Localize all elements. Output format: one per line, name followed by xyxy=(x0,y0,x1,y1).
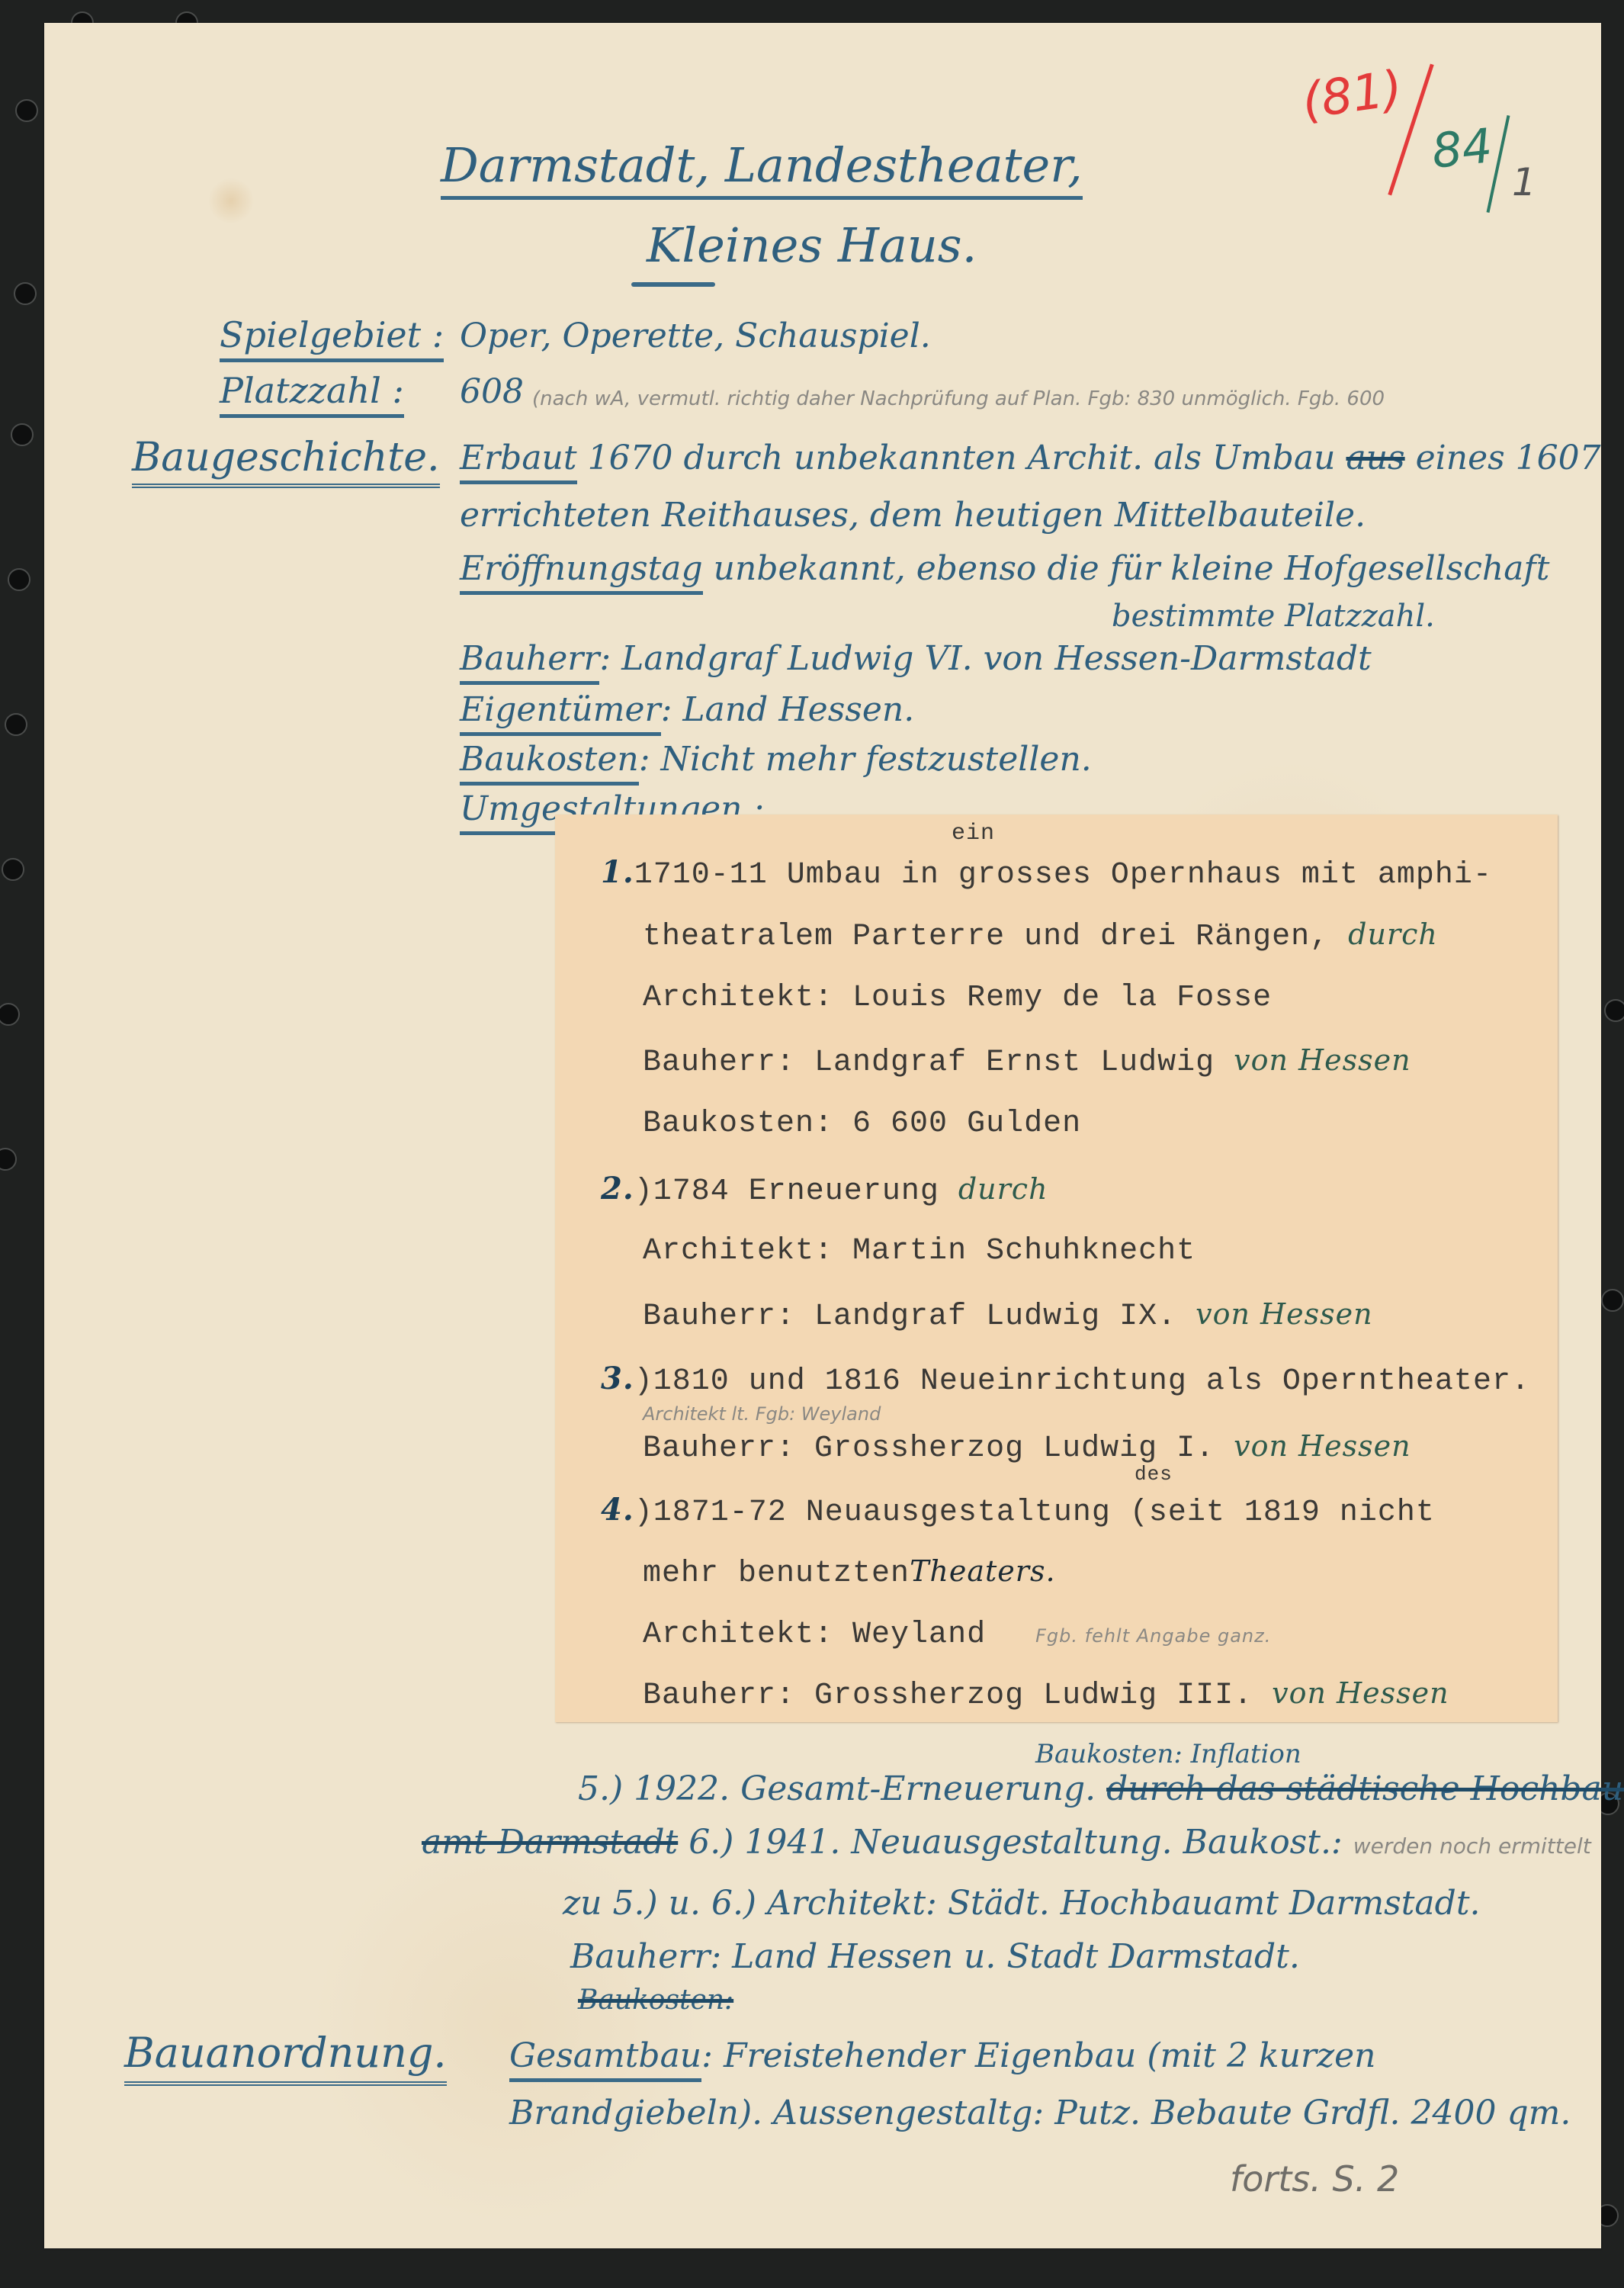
eigentuemer-label: Eigentümer xyxy=(460,690,661,736)
baukosten-line: Baukosten: Nicht mehr festzustellen. xyxy=(460,740,1092,779)
slip-item-1-line1: 1.1710-11 Umbau in grosses Opernhaus mit… xyxy=(601,854,1492,892)
punch-hole xyxy=(5,713,27,736)
struck-text: amt Darmstadt xyxy=(422,1823,678,1862)
spielgebiet-value: Oper, Operette, Schauspiel. xyxy=(460,317,931,355)
item6-line: amt Darmstadt 6.) 1941. Neuausgestaltung… xyxy=(422,1823,1591,1862)
punch-hole xyxy=(2,858,24,881)
slip-item-1-insert: ein xyxy=(952,821,995,847)
spielgebiet-label: Spielgebiet : xyxy=(220,314,444,355)
punch-hole xyxy=(0,1003,20,1026)
item5-line: 5.) 1922. Gesamt-Erneuerung. durch das s… xyxy=(578,1769,1624,1808)
platzzahl-label: Platzzahl : xyxy=(220,370,404,411)
gesamtbau-line: Gesamtbau: Freistehender Eigenbau (mit 2… xyxy=(509,2036,1376,2075)
struck-text: durch das städtische Hochbau- xyxy=(1106,1769,1624,1808)
slip-item-4-insert: des xyxy=(1135,1463,1173,1486)
bauanordnung-line2: Brandgiebeln). Aussengestaltg: Putz. Beb… xyxy=(509,2094,1571,2132)
eroeffnung-label: Eröffnungstag xyxy=(460,549,703,595)
architekt-line: zu 5.) u. 6.) Architekt: Städt. Hochbaua… xyxy=(563,1884,1481,1923)
punch-hole xyxy=(14,282,37,305)
item6-pencil-note: werden noch ermittelt xyxy=(1353,1833,1591,1859)
continuation-note: forts. S. 2 xyxy=(1230,2158,1399,2200)
slip-item-4-pencil-note: Fgb. fehlt Angabe ganz. xyxy=(1035,1625,1271,1647)
slip-item-4-line1: 4.)1871-72 Neuausgestaltung (seit 1819 n… xyxy=(601,1492,1435,1530)
erbaut-label: Erbaut xyxy=(460,439,577,484)
archive-number-green: 84 xyxy=(1429,117,1494,179)
bauherr-line: Bauherr: Landgraf Ludwig VI. von Hessen-… xyxy=(460,639,1372,678)
slip-item-2-line2: Architekt: Martin Schuhknecht xyxy=(643,1234,1196,1268)
struck-baukosten: Baukosten: xyxy=(578,1984,733,2016)
slip-item-2-line3: Bauherr: Landgraf Ludwig IX. von Hessen xyxy=(643,1297,1373,1334)
slip-item-1-line2: theatralem Parterre und drei Rängen, dur… xyxy=(643,917,1438,954)
erbaut-line: Erbaut 1670 durch unbekannten Archit. al… xyxy=(460,439,1601,477)
slip-item-1-line5: Baukosten: 6 600 Gulden xyxy=(643,1107,1081,1141)
slip-item-4-line4: Bauherr: Grossherzog Ludwig III. von Hes… xyxy=(643,1676,1449,1713)
item5-above-note: Baukosten: Inflation xyxy=(1035,1739,1301,1769)
platzzahl-pencil-note: (nach wA, vermutl. richtig daher Nachprü… xyxy=(532,387,1385,410)
baukosten-label: Baukosten xyxy=(460,740,639,786)
eigentuemer-line: Eigentümer: Land Hessen. xyxy=(460,690,914,729)
punch-hole xyxy=(1601,1289,1624,1312)
title-underline xyxy=(631,282,715,287)
punch-hole xyxy=(8,568,30,591)
archive-number-red: (81) xyxy=(1298,60,1405,130)
eroeffnung-line: Eröffnungstag unbekannt, ebenso die für … xyxy=(460,549,1549,588)
slip-item-4-line2: mehr benutztenTheaters. xyxy=(643,1554,1056,1591)
bauherr-line-2: Bauherr: Land Hessen u. Stadt Darmstadt. xyxy=(570,1937,1300,1976)
punch-hole xyxy=(1604,999,1624,1022)
archive-number-grey: 1 xyxy=(1512,160,1536,204)
slip-item-3-pencil-note: Architekt lt. Fgb: Weyland xyxy=(643,1403,881,1425)
erbaut-line2: errichteten Reithauses, dem heutigen Mit… xyxy=(460,496,1366,535)
typewritten-slip: 1.1710-11 Umbau in grosses Opernhaus mit… xyxy=(555,815,1558,1722)
struck-word: aus xyxy=(1346,439,1404,477)
punch-hole xyxy=(0,1148,17,1171)
document-title-line2: Kleines Haus. xyxy=(647,217,977,273)
slip-item-4-line3: Architekt: Weyland Fgb. fehlt Angabe gan… xyxy=(643,1618,1271,1652)
bauanordnung-label: Bauanordnung. xyxy=(124,2029,447,2086)
slip-item-3-line2: Bauherr: Grossherzog Ludwig I. von Hesse… xyxy=(643,1429,1411,1466)
baugeschichte-label: Baugeschichte. xyxy=(132,435,440,488)
slip-item-2-line1: 2.)1784 Erneuerung durch xyxy=(601,1171,1048,1209)
gesamtbau-label: Gesamtbau xyxy=(509,2036,701,2082)
punch-hole xyxy=(15,99,38,122)
eroeffnung-line2: bestimmte Platzzahl. xyxy=(1112,599,1435,634)
platzzahl-value: 608 xyxy=(460,372,524,411)
document-title-line1: Darmstadt, Landestheater, xyxy=(441,137,1083,200)
document-page: (81) 84 1 Darmstadt, Landestheater, Klei… xyxy=(44,23,1601,2248)
punch-hole xyxy=(11,423,34,446)
bauherr-label: Bauherr xyxy=(460,639,599,685)
slip-item-1-line3: Architekt: Louis Remy de la Fosse xyxy=(643,981,1272,1015)
slip-item-1-line4: Bauherr: Landgraf Ernst Ludwig von Hesse… xyxy=(643,1043,1411,1080)
slip-item-3-line1: 3.)1810 und 1816 Neueinrichtung als Oper… xyxy=(601,1361,1530,1399)
